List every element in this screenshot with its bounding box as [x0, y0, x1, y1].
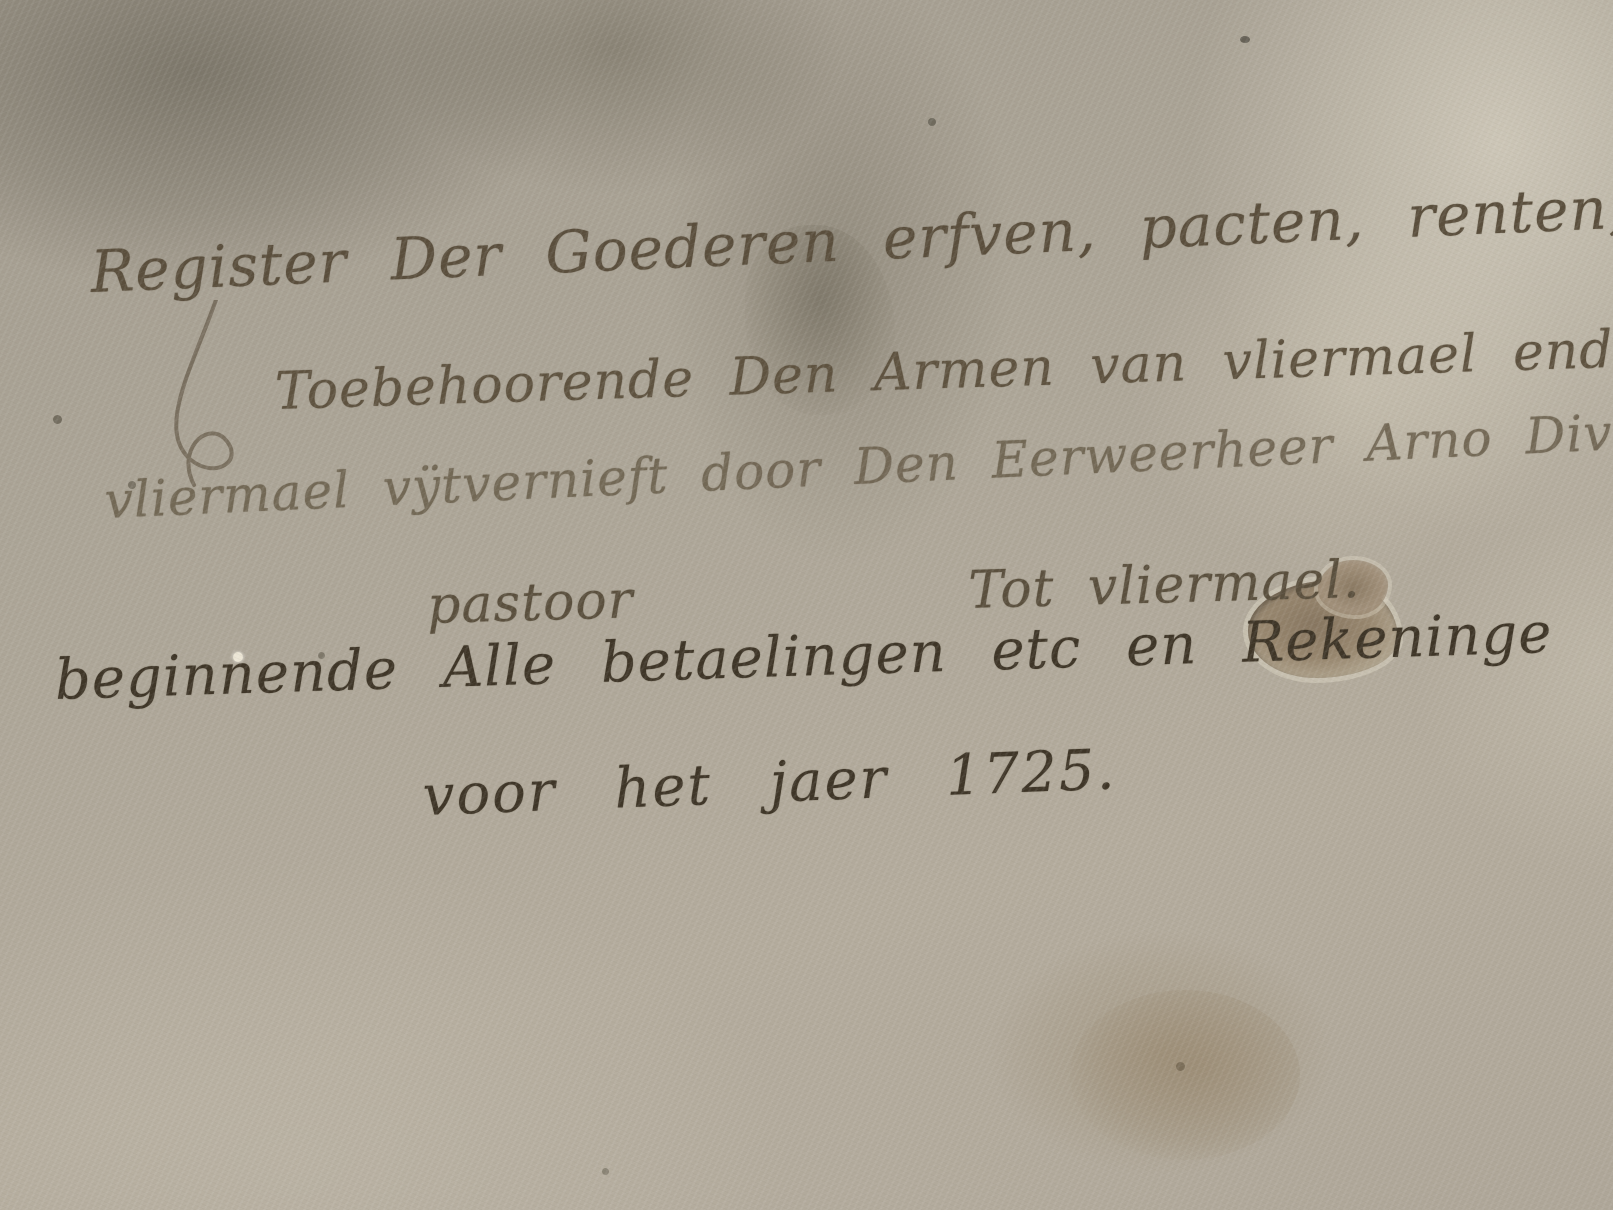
manuscript-page-photo: Register Der Goederen erfven, pacten, re…: [0, 0, 1613, 1210]
ink-speck: [602, 1168, 609, 1175]
manuscript-line-year: voor het jaer 1725.: [422, 737, 1118, 829]
brown-stain: [1070, 990, 1300, 1160]
ink-speck: [53, 415, 62, 424]
ink-speck: [1176, 1062, 1185, 1071]
ink-speck: [928, 118, 936, 126]
ink-speck: [1240, 36, 1250, 43]
manuscript-line-belonging: Toebehoorende Den Armen van vliermael en…: [274, 319, 1613, 422]
